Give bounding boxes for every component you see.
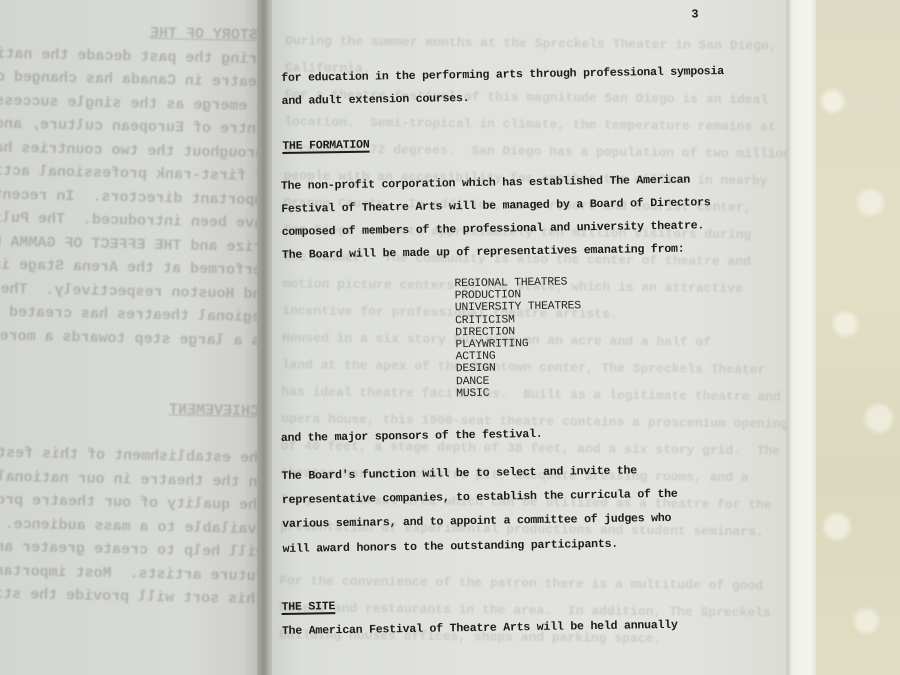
list-item: UNIVERSITY THEATRES [455,301,581,315]
right-page: During the summer months at the Spreckel… [272,0,786,675]
section-heading-formation: THE FORMATION [282,139,369,153]
section-heading-site: THE SITE [281,600,335,614]
page-number: 3 [691,7,698,21]
representatives-list: REGIONAL THEATRES PRODUCTION UNIVERSITY … [454,276,582,400]
list-item: REGIONAL THEATRES [454,276,580,290]
textured-cover [816,0,900,675]
list-item: MUSIC [456,386,582,400]
underlying-sheet-edge [786,0,816,675]
left-page-bleed-through-text: HISTORY OF THEDuring the past decade the… [0,16,262,612]
left-page: HISTORY OF THEDuring the past decade the… [0,0,262,675]
